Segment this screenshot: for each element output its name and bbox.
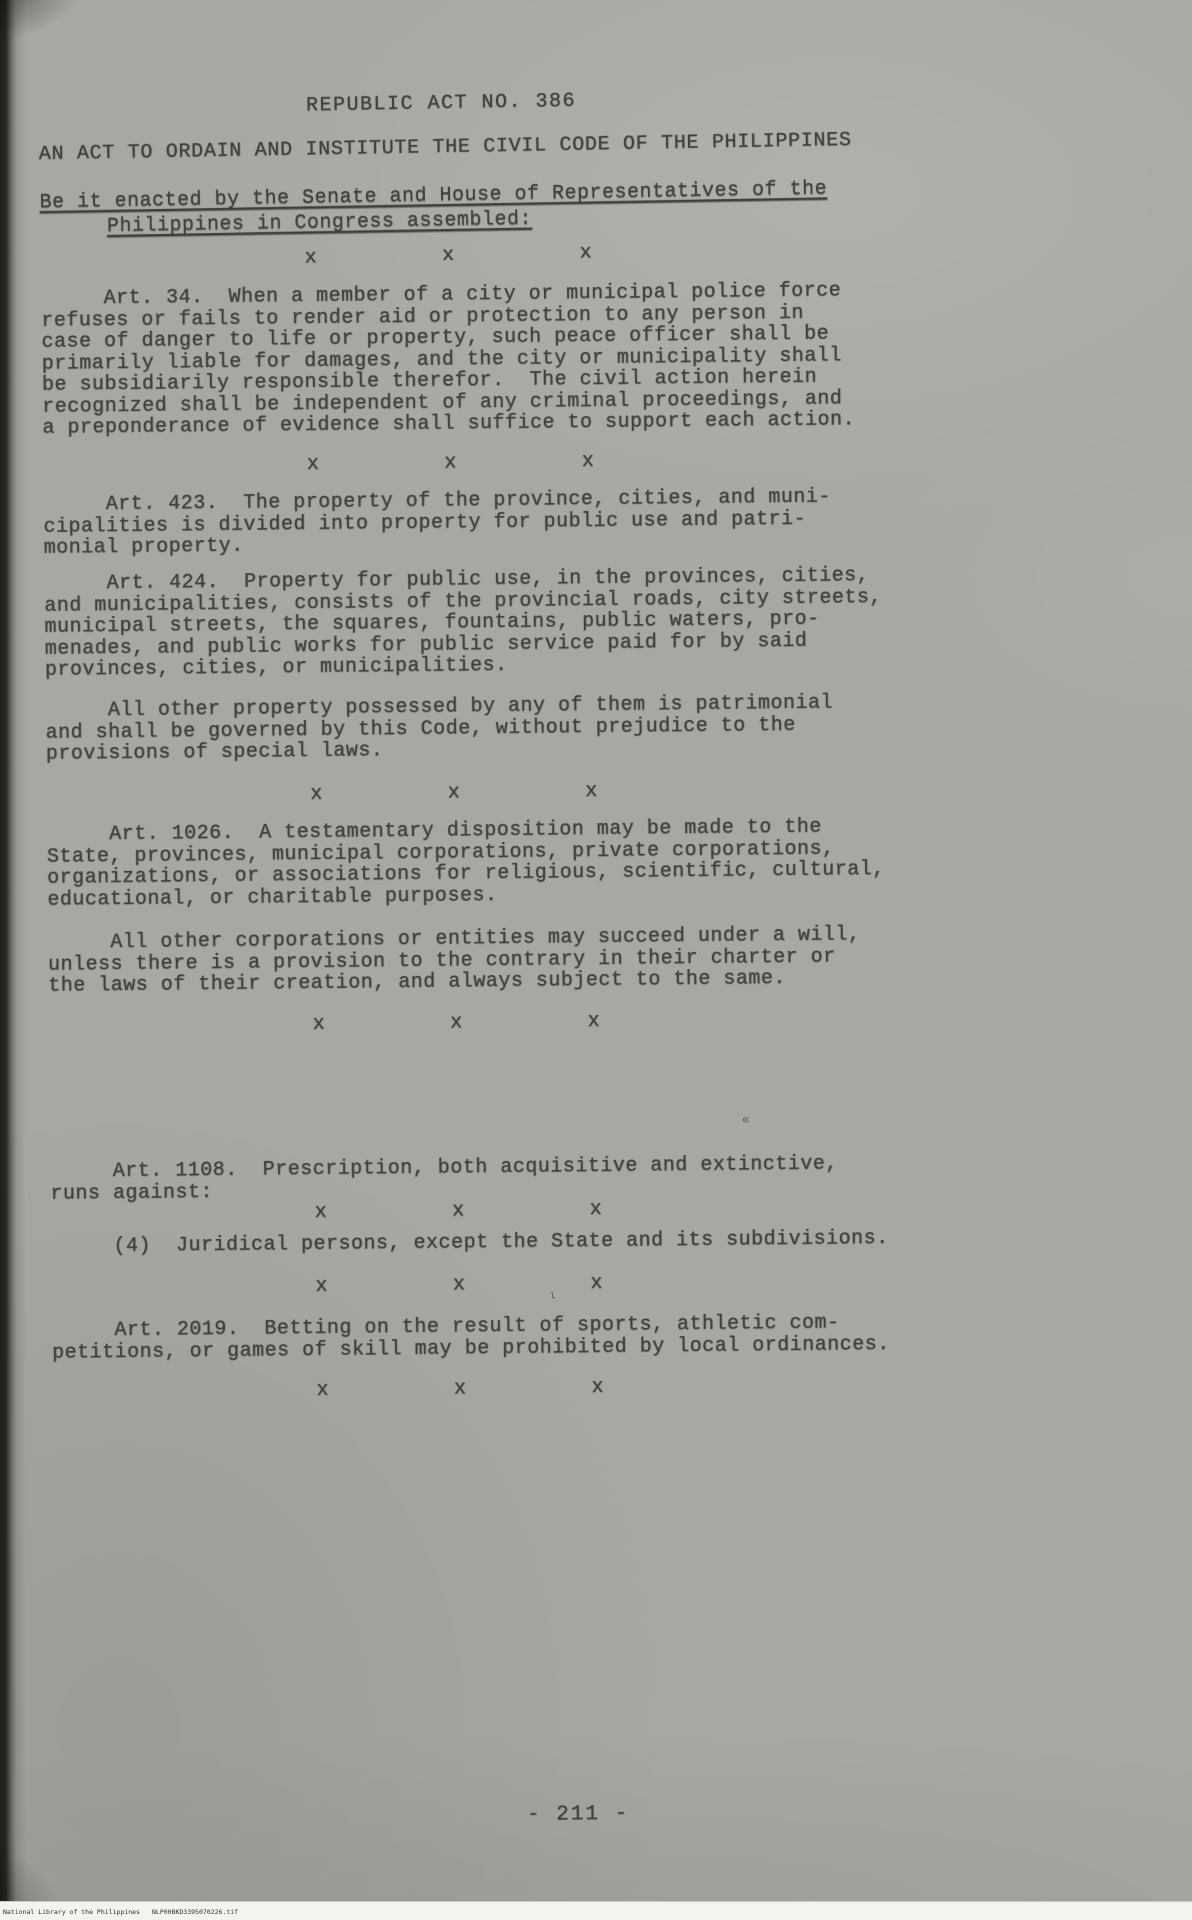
- scan-artifact-mark: ι: [549, 1290, 556, 1302]
- section-separator: x x x: [316, 1377, 604, 1402]
- scanned-document-page: REPUBLIC ACT NO. 386 AN ACT TO ORDAIN AN…: [0, 0, 1192, 1920]
- scan-artifact-mark: «: [742, 1112, 750, 1127]
- patrimonial-property-paragraph: All other property possessed by any of t…: [45, 693, 833, 766]
- scan-footer-bar: National Library of the Philippines NLP0…: [0, 1901, 1192, 1920]
- article-1108-paragraph: Art. 1108. Prescription, both acquisitiv…: [50, 1153, 838, 1204]
- section-separator: x x x: [313, 1011, 601, 1036]
- page-content: REPUBLIC ACT NO. 386 AN ACT TO ORDAIN AN…: [0, 0, 1192, 1920]
- scan-corner-shadow-top: [0, 0, 190, 120]
- footer-library-label: National Library of the Philippines: [3, 1908, 140, 1916]
- document-subtitle: AN ACT TO ORDAIN AND INSTITUTE THE CIVIL…: [39, 130, 852, 166]
- section-separator: x x x: [310, 781, 598, 806]
- article-423-paragraph: Art. 423. The property of the province, …: [43, 487, 831, 560]
- enacting-clause-indent: [40, 231, 107, 232]
- enacting-clause: Be it enacted by the Senate and House of…: [39, 176, 827, 240]
- scan-edge-shadow: [0, 0, 26, 1902]
- footer-filename: NLP00BKD3395070226.tif: [152, 1908, 238, 1916]
- scan-corner-shadow-bottom: [0, 1790, 140, 1902]
- article-2019-paragraph: Art. 2019. Betting on the result of spor…: [52, 1312, 890, 1364]
- section-separator: x x x: [304, 242, 592, 269]
- article-34-paragraph: Art. 34. When a member of a city or muni…: [41, 280, 855, 439]
- document-title: REPUBLIC ACT NO. 386: [306, 91, 576, 117]
- enacting-clause-line2: Philippines in Congress assembled:: [107, 207, 532, 237]
- section-separator: x x x: [315, 1199, 603, 1224]
- item-4-juridical-persons: (4) Juridical persons, except the State …: [51, 1228, 889, 1258]
- section-separator: x x x: [307, 451, 595, 476]
- section-separator: x x x: [315, 1273, 603, 1298]
- page-number: - 211 -: [527, 1804, 629, 1827]
- article-1026-paragraph: Art. 1026. A testamentary disposition ma…: [47, 816, 885, 911]
- article-424-paragraph: Art. 424. Property for public use, in th…: [44, 565, 883, 681]
- succession-paragraph: All other corporations or entities may s…: [48, 924, 861, 997]
